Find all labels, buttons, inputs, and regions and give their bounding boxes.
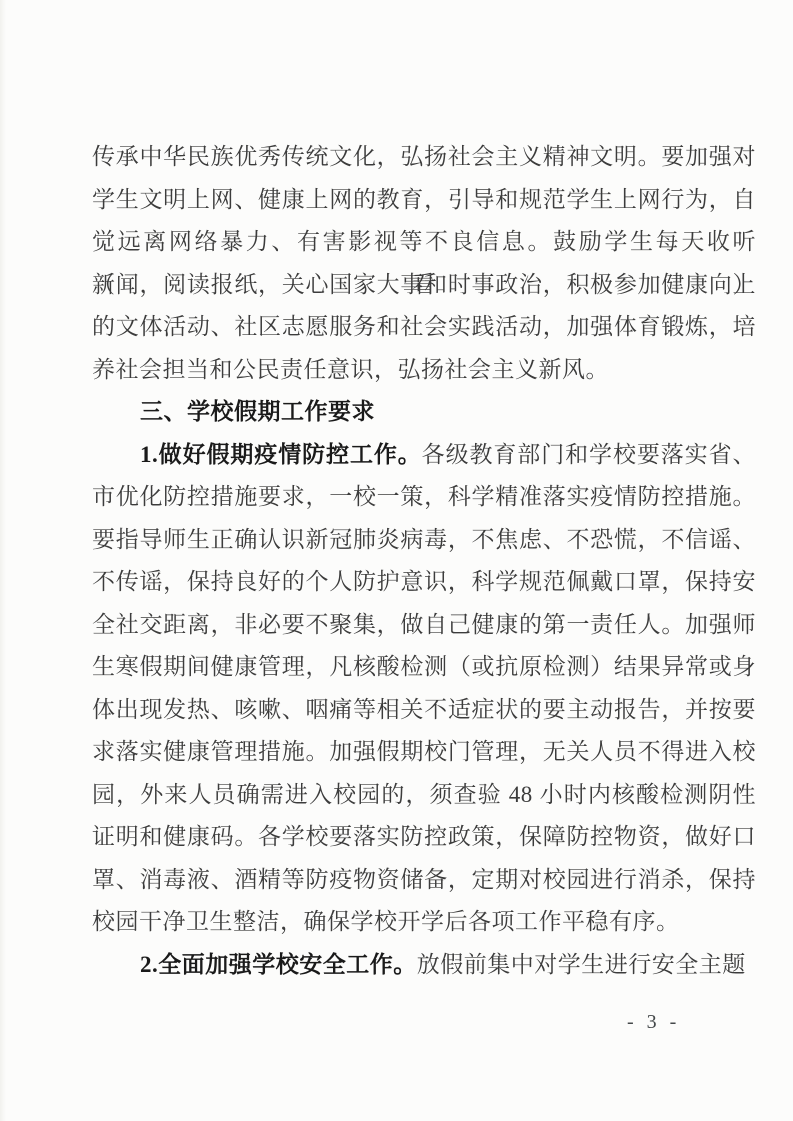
text-line: 学生文明上网、健康上网的教育，引导和规范学生上网行为，自: [92, 179, 756, 222]
text-line: 2.全面加强学校安全工作。放假前集中对学生进行安全主题: [92, 944, 756, 987]
item-2-lead: 2.全面加强学校安全工作。: [140, 952, 417, 977]
text-line: 不传谣，保持良好的个人防护意识，科学规范佩戴口罩，保持安: [92, 561, 756, 604]
text-line: 市优化防控措施要求，一校一策，科学精准落实疫情防控措施。: [92, 476, 756, 519]
section-heading: 三、学校假期工作要求: [92, 391, 756, 434]
text-line: 体出现发热、咳嗽、咽痛等相关不适症状的要主动报告，并按要: [92, 689, 756, 732]
text-line: 全社交距离，非必要不聚集，做自己健康的第一责任人。加强师: [92, 604, 756, 647]
text-line: 园，外来人员确需进入校园的，须查验 48 小时内核酸检测阴性: [92, 774, 756, 817]
item-1-text: 各级教育部门和学校要落实省、: [422, 442, 756, 467]
text-line: 求落实健康管理措施。加强假期校门管理，无关人员不得进入校: [92, 731, 756, 774]
text-line: 的文体活动、社区志愿服务和社会实践活动，加强体育锻炼，培: [92, 306, 756, 349]
item-2-text: 放假前集中对学生进行安全主题: [417, 952, 746, 977]
document-body: 传承中华民族优秀传统文化，弘扬社会主义精神文明。要加强对 学生文明上网、健康上网…: [92, 136, 756, 986]
text-line: 新闻，阅读报纸，关心国家大事和时事政治，积极参加健康向上: [92, 264, 756, 307]
text-line: 罩、消毒液、酒精等防疫物资储备，定期对校园进行消杀，保持: [92, 859, 756, 902]
text-line: 觉远离网络暴力、有害影视等不良信息。鼓励学生每天收听（看）: [92, 221, 756, 264]
text-line: 生寒假期间健康管理，凡核酸检测（或抗原检测）结果异常或身: [92, 646, 756, 689]
scanned-document-page: 传承中华民族优秀传统文化，弘扬社会主义精神文明。要加强对 学生文明上网、健康上网…: [0, 0, 793, 1121]
page-number: - 3 -: [627, 1008, 680, 1036]
item-1-lead: 1.做好假期疫情防控工作。: [140, 442, 422, 467]
text-line: 养社会担当和公民责任意识，弘扬社会主义新风。: [92, 349, 756, 392]
text-line: 1.做好假期疫情防控工作。各级教育部门和学校要落实省、: [92, 434, 756, 477]
text-line: 校园干净卫生整洁，确保学校开学后各项工作平稳有序。: [92, 901, 756, 944]
text-line: 传承中华民族优秀传统文化，弘扬社会主义精神文明。要加强对: [92, 136, 756, 179]
text-line: 要指导师生正确认识新冠肺炎病毒，不焦虑、不恐慌，不信谣、: [92, 519, 756, 562]
text-line: 证明和健康码。各学校要落实防控政策，保障防控物资，做好口: [92, 816, 756, 859]
